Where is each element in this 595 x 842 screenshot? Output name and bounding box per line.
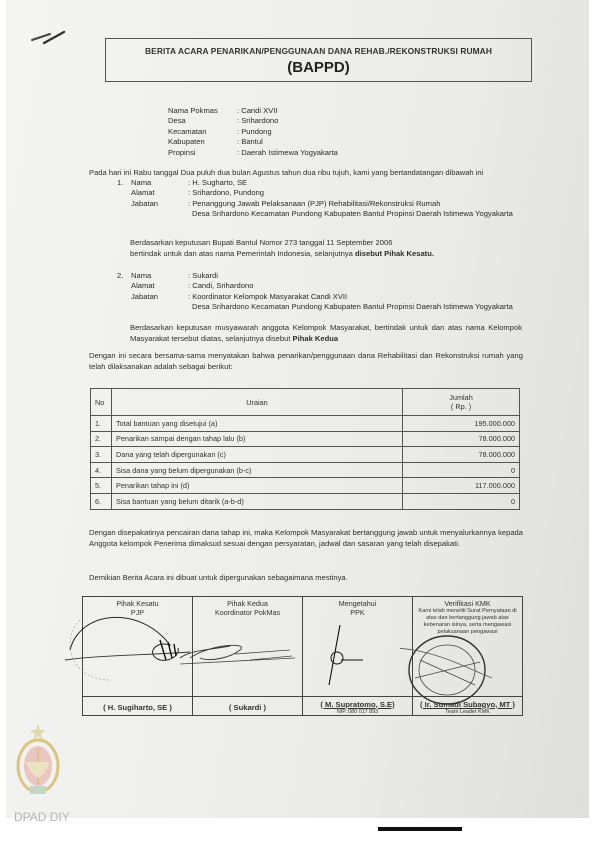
statement-text: Dengan ini secara bersama-sama menyataka… — [89, 351, 523, 372]
signature-kmk: Verifikasi KMKKami telah meneliti Surat … — [413, 597, 523, 697]
signature-party-2: Pihak KeduaKoordinator PokMas — [193, 597, 303, 697]
yogyakarta-emblem-icon — [14, 722, 62, 800]
agreement-text: Dengan disepakatinya pencairan dana taha… — [89, 528, 523, 549]
signature-table: Pihak KesatuPJP Pihak KeduaKoordinator P… — [82, 596, 523, 716]
withdrawal-summary-table: No Uraian Jumlah( Rp. ) 1.Total bantuan … — [90, 388, 520, 510]
signer-name-1: ( H. Sugiharto, SE ) — [83, 697, 193, 716]
opening-text: Pada hari ini Rabu tanggal Dua puluh dua… — [89, 168, 483, 179]
signature-party-1: Pihak KesatuPJP — [83, 597, 193, 697]
table-row: 4.Sisa dana yang belum dipergunakan (b-c… — [91, 462, 520, 478]
document-title-box: BERITA ACARA PENARIKAN/PENGGUNAAN DANA R… — [105, 38, 532, 82]
table-row: 6.Sisa bantuan yang belum ditarik (a-b-d… — [91, 493, 520, 509]
header-amount: Jumlah( Rp. ) — [403, 389, 520, 416]
table-row: 3.Dana yang telah dipergunakan (c)78.000… — [91, 447, 520, 463]
signer-name-3: ( M. Supratomo, S.E)NIP. 080 017 893 — [303, 697, 413, 716]
signature-body-row: Pihak KesatuPJP Pihak KeduaKoordinator P… — [83, 597, 523, 697]
info-row: Nama Pokmas: Candi XVII — [168, 106, 338, 116]
signer-name-4: ( Ir. Sumadi Subagyo, MT )Team Leader KM… — [413, 697, 523, 716]
table-row: 2.Penarikan sampai dengan tahap lalu (b)… — [91, 431, 520, 447]
header-desc: Uraian — [112, 389, 403, 416]
pen-mark-icon — [28, 28, 68, 52]
signature-names-row: ( H. Sugiharto, SE ) ( Sukardi ) ( M. Su… — [83, 697, 523, 716]
document-abbreviation: (BAPPD) — [106, 59, 531, 76]
closing-text: Demikian Berita Acara ini dibuat untuk d… — [89, 573, 348, 584]
header-no: No — [91, 389, 112, 416]
table-header-row: No Uraian Jumlah( Rp. ) — [91, 389, 520, 416]
table-row: 1.Total bantuan yang disetujui (a)195.00… — [91, 416, 520, 432]
info-row: Kecamatan: Pundong — [168, 127, 338, 137]
party-1-basis: Berdasarkan keputusan Bupati Bantul Nomo… — [130, 238, 392, 249]
watermark-text: DPAD DIY — [14, 810, 70, 824]
info-row: Desa: Srihardono — [168, 116, 338, 126]
party-1-jabatan-cont: Desa Srihardono Kecamatan Pundong Kabupa… — [188, 209, 532, 219]
info-row: Propinsi: Daerah Istimewa Yogyakarta — [168, 148, 338, 158]
footer-bar — [378, 827, 462, 831]
signer-name-2: ( Sukardi ) — [193, 697, 303, 716]
info-row: Kabupaten: Bantul — [168, 137, 338, 147]
party-2-jabatan-cont: Desa Srihardono Kecamatan Pundong Kabupa… — [188, 302, 532, 312]
table-row: 5.Penarikan tahap ini (d)117.000.000 — [91, 478, 520, 494]
pokmas-info: Nama Pokmas: Candi XVII Desa: Srihardono… — [168, 106, 338, 158]
party-1: 1.Nama: H. Sugharto, SE Alamat: Srihardo… — [117, 178, 532, 220]
party-1-acting: bertindak untuk dan atas nama Pemerintah… — [130, 249, 434, 260]
party-2: 2.Nama: Sukardi Alamat: Candi, Srihardon… — [117, 271, 532, 313]
party-2-basis: Berdasarkan keputusan musyawarah anggota… — [130, 323, 522, 344]
signature-ppk: MengetahuiPPK — [303, 597, 413, 697]
document-title: BERITA ACARA PENARIKAN/PENGGUNAAN DANA R… — [106, 46, 531, 56]
